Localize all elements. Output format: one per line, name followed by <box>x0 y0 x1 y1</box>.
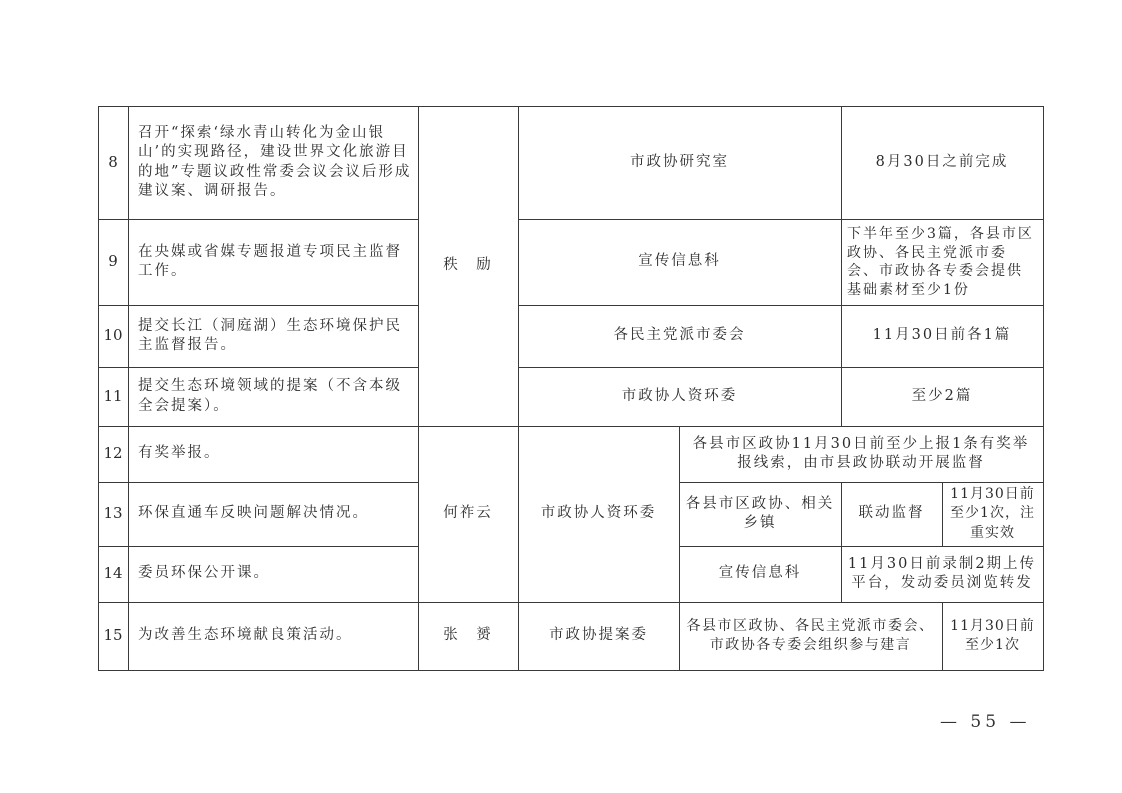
task-text: 召开“探索‘绿水青山转化为金山银山’的实现路径，建设世界文化旅游目的地”专题议政… <box>128 106 418 219</box>
row-number: 15 <box>98 602 128 670</box>
requirement-text: 11月30日前至少1次 <box>942 602 1043 670</box>
table-border-bottom <box>98 670 1044 671</box>
participants-text: 各县市区政协、各民主党派市委会、市政协各专委会组织参与建言 <box>679 602 942 670</box>
detail-text: 各县市区政协11月30日前至少上报1条有奖举报线索，由市县政协联动开展监督 <box>679 426 1043 482</box>
dept-text: 各民主党派市委会 <box>518 305 841 367</box>
task-text: 有奖举报。 <box>128 426 418 482</box>
requirement-text: 11月30日前至少1次，注重实效 <box>942 482 1043 546</box>
dept-text: 市政协提案委 <box>518 602 679 670</box>
row-number: 8 <box>98 106 128 219</box>
row-number: 9 <box>98 219 128 305</box>
leader-name: 何祚云 <box>418 426 518 602</box>
requirement-text: 下半年至少3篇，各县市区政协、各民主党派市委会、市政协各专委会提供基础素材至少1… <box>841 219 1043 305</box>
row-number: 11 <box>98 367 128 426</box>
page-number: — 55 — <box>940 712 1030 732</box>
leader-name: 张 赟 <box>418 602 518 670</box>
requirement-text: 至少2篇 <box>841 367 1043 426</box>
task-text: 环保直通车反映问题解决情况。 <box>128 482 418 546</box>
table-border-right <box>1043 106 1044 671</box>
task-text: 为改善生态环境献良策活动。 <box>128 602 418 670</box>
dept-text: 市政协人资环委 <box>518 426 679 602</box>
task-text: 委员环保公开课。 <box>128 546 418 602</box>
row-number: 12 <box>98 426 128 482</box>
dept-text: 宣传信息科 <box>518 219 841 305</box>
task-text: 提交长江（洞庭湖）生态环境保护民主监督报告。 <box>128 305 418 367</box>
participants-text: 各县市区政协、相关乡镇 <box>679 482 841 546</box>
requirement-text: 11月30日前各1篇 <box>841 305 1043 367</box>
requirement-text: 8月30日之前完成 <box>841 106 1043 219</box>
dept-text: 市政协研究室 <box>518 106 841 219</box>
method-text: 联动监督 <box>841 482 942 546</box>
dept-text: 市政协人资环委 <box>518 367 841 426</box>
row-number: 14 <box>98 546 128 602</box>
participants-text: 宣传信息科 <box>679 546 841 602</box>
leader-name: 秩 励 <box>418 106 518 426</box>
requirement-text: 11月30日前录制2期上传平台，发动委员浏览转发 <box>841 546 1043 602</box>
row-number: 10 <box>98 305 128 367</box>
row-number: 13 <box>98 482 128 546</box>
task-text: 在央媒或省媒专题报道专项民主监督工作。 <box>128 219 418 305</box>
task-text: 提交生态环境领域的提案（不含本级全会提案）。 <box>128 367 418 426</box>
